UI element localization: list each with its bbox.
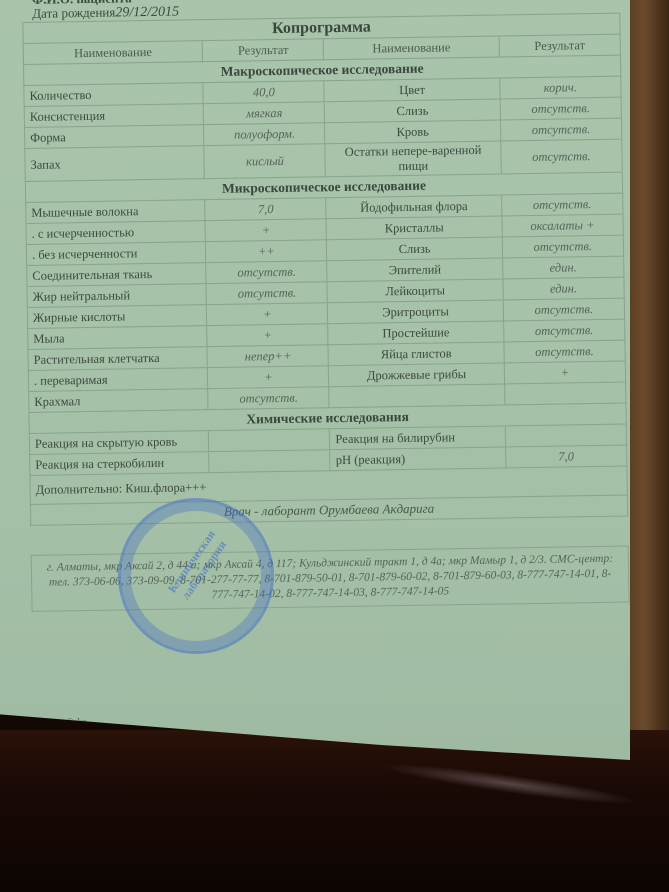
test-name: Йодофильная флора [326,195,502,219]
test-name: Лейкоциты [327,279,503,303]
test-name: Форма [25,125,205,149]
test-name: Цвет [324,78,500,102]
test-result: ++ [206,240,328,263]
column-header: Результат [202,39,324,62]
dob-value: 29/12/2015 [115,5,179,21]
test-result: отсутств. [206,261,328,284]
results-table: КопрограммаНаименованиеРезультатНаименов… [22,13,628,526]
test-name: Кристаллы [326,216,502,240]
test-result [504,382,626,405]
test-result: отсутств. [501,139,623,174]
test-name: Жир нейтральный [27,284,207,308]
additional-label: Дополнительно: [36,481,123,496]
website-footer: www.ngsoft.kz [18,715,86,730]
test-result: + [504,361,626,384]
test-result: 40,0 [203,81,325,104]
test-name: . переваримая [28,368,208,392]
test-result: отсутств. [208,387,330,410]
test-name: Запах [25,146,205,182]
paper-sheet: Ф.И.О. пациента Дата рождения29/12/2015 … [0,0,630,760]
test-result: полуоформ. [204,123,326,146]
test-result: + [207,303,329,326]
column-header: Результат [499,34,621,57]
test-name: Реакция на скрытую кровь [29,431,209,455]
test-result: отсутств. [504,340,626,363]
additional-value: Киш.флора+++ [125,480,206,495]
test-result: + [205,219,327,242]
test-name: Простейшие [328,321,504,345]
test-name: Крахмал [29,389,209,413]
test-result: оксалаты + [502,214,624,237]
test-result: корич. [500,76,622,99]
test-result: 7,0 [205,198,327,221]
test-result: един. [502,256,624,279]
test-name: Соединительная ткань [27,263,207,287]
test-name: . без исчерченности [26,242,206,266]
test-name: Дрожжевые грибы [329,363,505,387]
test-name: Яйца глистов [328,342,504,366]
test-result: кислый [204,144,326,179]
test-name: Мышечные волокна [26,200,206,224]
test-name: Количество [24,83,204,107]
test-result: мягкая [203,102,325,125]
test-name: Кровь [325,120,501,144]
test-name: Мыла [28,326,208,350]
test-name: Слизь [327,237,503,261]
lab-address: г. Алматы, мкр Аксай 2, д 44 а; мкр Акса… [31,546,630,612]
test-result: отсутств. [503,319,625,342]
test-result: един. [503,277,625,300]
test-name: Остатки непере-варенной пищи [325,141,501,177]
test-result [209,450,331,473]
column-header: Наименование [23,41,203,65]
wooden-surface-right [628,0,669,780]
test-name: pH (реакция) [330,447,506,471]
column-header: Наименование [324,36,500,60]
test-name: Эпителий [327,258,503,282]
dob-label: Дата рождения [32,5,115,21]
test-result: отсутств. [502,235,624,258]
test-result: + [207,324,329,347]
test-name: Реакция на билирубин [330,426,506,450]
test-name: Реакция на стеркобилин [30,452,210,476]
test-result: 7,0 [505,445,627,468]
test-result: отсутств. [501,193,623,216]
test-name: Слизь [325,99,501,123]
test-name: . с исчерченностью [26,221,206,245]
test-result: отсутств. [206,282,328,305]
test-name [329,384,505,408]
test-name: Жирные кислоты [27,305,207,329]
test-result [209,429,331,452]
test-result: отсутств. [503,298,625,321]
test-result: отсутств. [500,118,622,141]
test-name: Растительная клетчатка [28,347,208,371]
test-result: непер++ [207,345,329,368]
test-result [505,424,627,447]
test-name: Консистенция [24,104,204,128]
test-result: + [208,366,330,389]
test-result: отсутств. [500,97,622,120]
test-name: Эритроциты [328,300,504,324]
